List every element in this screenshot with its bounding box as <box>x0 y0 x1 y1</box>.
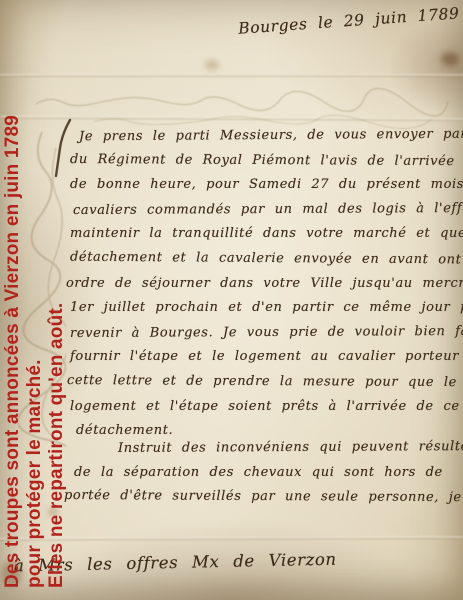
manuscript-line: cavaliers commandés par un mal des logis… <box>73 197 460 224</box>
paper-stain <box>205 60 219 70</box>
manuscript-line: ordre de séjourner dans votre Ville jusq… <box>66 272 460 297</box>
manuscript-line: de bonne heure, pour Samedi 27 du présen… <box>70 173 460 198</box>
annotation-line: Des troupes sont annoncées à Vierzon en … <box>2 82 24 588</box>
manuscript-line: fournir l'étape et le logement au cavali… <box>70 345 460 370</box>
manuscript-line: Instruit des inconvéniens qui peuvent ré… <box>118 435 460 461</box>
manuscript-line: détachement et la cavalerie envoyée en a… <box>70 246 460 273</box>
annotation-line: Elles ne repartiront qu'en août. <box>46 82 68 588</box>
manuscript-line: Je prens le parti Messieurs, de vous env… <box>79 123 460 150</box>
manuscript-line: du Régiment de Royal Piémont l'avis de l… <box>70 148 460 175</box>
manuscript-line: logement et l'étape soient prêts à l'arr… <box>70 395 460 420</box>
fold-crease <box>0 74 463 77</box>
manuscript-line: cette lettre et de prendre la mesure pou… <box>67 369 460 396</box>
manuscript-line: de la séparation des chevaux qui sont ho… <box>74 461 460 486</box>
manuscript-line: revenir à Bourges. Je vous prie de voulo… <box>70 320 460 347</box>
manuscript-line: 1er juillet prochain et d'en partir ce m… <box>70 296 460 321</box>
manuscript-line: portée d'être surveillés par une seule p… <box>64 484 460 511</box>
letter-second-paragraph: Instruit des inconvéniens qui peuvent ré… <box>64 436 460 510</box>
letter-body-paragraph: Je prens le parti Messieurs, de vous env… <box>64 124 460 444</box>
margin-annotation: Des troupes sont annoncées à Vierzon en … <box>2 82 70 588</box>
manuscript-line: maintenir la tranquillité dans votre mar… <box>70 222 460 247</box>
paper-stain <box>286 62 298 74</box>
paper-stain <box>441 52 459 66</box>
annotation-line: pour protéger le marché. <box>24 82 46 588</box>
